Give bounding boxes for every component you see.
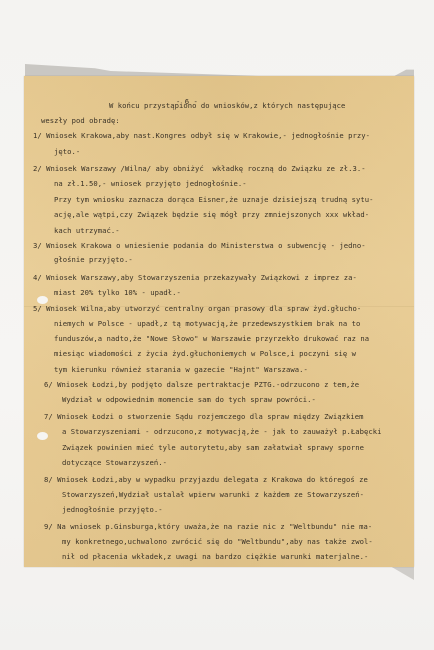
document-text: - 6 - W końcu przystąpiono do wniosków,z…	[0, 0, 434, 18]
text-line: 2/ Wniosek Warszawy /Wilna/ aby obniżyć …	[33, 164, 366, 173]
text-line: a Stowarzyszeniami - odrzucono,z motywac…	[62, 427, 382, 436]
text-line: weszły pod obradę:	[41, 116, 120, 125]
text-line: tym kierunku również starania w gazecie …	[54, 365, 308, 374]
punch-hole-bottom	[37, 432, 48, 440]
text-line: 3/ Wniosek Krakowa o wniesienie podania …	[33, 241, 366, 250]
text-line: jęto.-	[54, 147, 80, 156]
text-line: 8/ Wniosek Łodzi,aby w wypadku przyjazdu…	[44, 475, 368, 484]
text-line: my konkretnego,uchwalono zwrócić się do …	[62, 537, 373, 546]
text-line: dotyczące Stowarzyszeń.-	[62, 458, 167, 467]
text-line: Stowarzyszeń,Wydział ustalał wpierw waru…	[62, 490, 364, 499]
text-line: funduszów,a nadto,że "Nowe Słowo" w Wars…	[54, 334, 369, 343]
text-line: kach utrzymać.-	[54, 226, 120, 235]
text-line: 7/ Wniosek Łodzi o stworzenie Sądu rozje…	[44, 412, 364, 421]
text-line: miast 20% tylko 10% - upadł.-	[54, 288, 181, 297]
text-line: 4/ Wniosek Warszawy,aby Stowarzyszenia p…	[33, 273, 357, 282]
text-line: na zł.1.50,- wniosek przyjęto jednogłośn…	[54, 179, 247, 188]
text-line: głośnie przyjęto.-	[54, 255, 133, 264]
text-line: ację,ale wątpi,czy Związek będzie się mó…	[54, 210, 369, 219]
text-line: 6/ Wniosek Łodzi,by podjęto dalsze pertr…	[44, 380, 359, 389]
text-line: 5/ Wniosek Wilna,aby utworzyć centralny …	[33, 304, 361, 313]
text-line: Wydział w odpowiednim momencie sam do ty…	[62, 395, 316, 404]
text-line: nił od płacenia wkładek,z uwagi na bardz…	[62, 552, 368, 561]
text-line: niemych w Polsce - upadł,z tą motywacją,…	[54, 319, 360, 328]
text-line: W końcu przystąpiono do wniosków,z który…	[109, 101, 345, 110]
text-line: 1/ Wniosek Krakowa,aby nast.Kongres odby…	[33, 131, 370, 140]
text-line: Związek powinien mieć tyle autorytetu,ab…	[62, 443, 364, 452]
text-line: Przy tym wniosku zaznacza dorąca Eisner,…	[54, 195, 374, 204]
text-line: jednogłośnie przyjęto.-	[62, 505, 163, 514]
text-line: 9/ Na wniosek p.Ginsburga,który uważa,że…	[44, 522, 372, 531]
text-line: miesiąc wiadomości z życia żyd.głuchonie…	[54, 349, 356, 358]
